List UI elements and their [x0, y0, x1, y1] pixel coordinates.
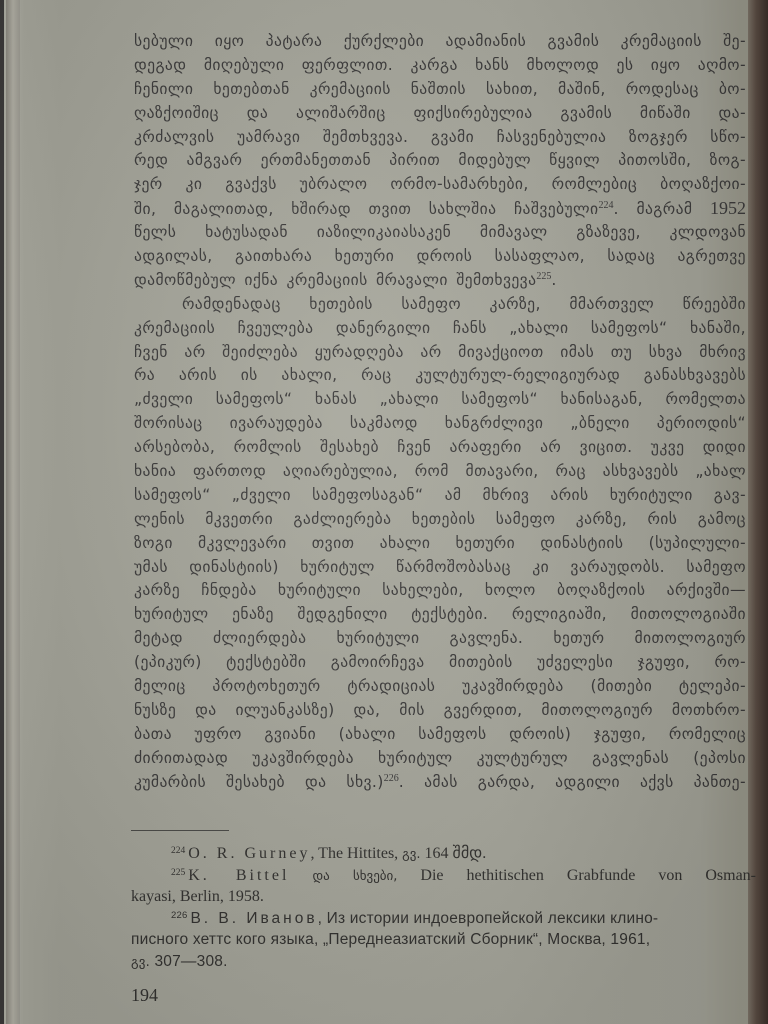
- text-line: მეტად ძლიერდება ხურიტული გავლენა. ხეთურ …: [134, 627, 746, 651]
- footnote-text: Die hethitischen Grabfunde von Osman-: [397, 867, 756, 884]
- text-line: კარზე ჩნდება ხურიტული სახელები, ხოლო ბოღ…: [134, 579, 746, 603]
- year: 1952: [710, 198, 746, 218]
- text-line: უმას დინასტიის) ხურიტულ წარმოშობასაც კი …: [134, 556, 746, 580]
- text-line: ჩვენ არ შეიძლება ყურადღება არ მივაქციოთ …: [134, 341, 746, 365]
- text-line: სამეფოს“ „ძველი სამეფოსაგან“ ამ მხრივ არ…: [134, 484, 746, 508]
- text-segment: ში, მაგალითად, ხშირად თვით სახლშია ჩაშვე…: [134, 200, 599, 218]
- footnote-number: 226: [171, 910, 187, 921]
- footnote-text: , The Hittites,: [310, 845, 402, 862]
- text-line: ბათა უფრო გვიანი (ახალი სამეფოს დროის) ჯ…: [134, 723, 746, 747]
- text-line: კუმარბის შესახებ და სხვ.)226. ამას გარდა…: [134, 771, 746, 795]
- footnote-author: В. В. Иванов: [190, 910, 317, 927]
- footnote-author: K. Bittel: [188, 867, 289, 884]
- page-number: 194: [131, 985, 158, 1006]
- text-line: ჩენილი ხეთებთან კრემაციის ნაშთის სახით, …: [134, 78, 746, 102]
- text-line: ჯერ კი გვაქვს უბრალო ორმო-სამარხები, რომ…: [134, 173, 746, 197]
- text-segment: კუმარბის შესახებ და სხვ.): [134, 773, 384, 791]
- text-line: დეგად მიღებული ფერფლით. კარგა ხანს მხოლო…: [134, 54, 746, 78]
- footnote-text: 164 შმდ.: [421, 845, 487, 862]
- text-line: კრემაციის ჩვეულება დანერგილი ჩანს „ახალი…: [134, 317, 746, 341]
- text-line: „ძველი სამეფოს“ ხანას „ახალი სამეფოს“ ხა…: [134, 388, 746, 412]
- footnote-224: 224O. R. Gurney, The Hittites, გვ. 164 შ…: [131, 843, 761, 865]
- book-page: სებული იყო პატარა ქურქლები ადამიანის გვა…: [0, 0, 768, 1024]
- footnote-number: 224: [171, 846, 185, 856]
- text-line: ზოგი მკვლევარი თვით ახალი ხეთური დინასტი…: [134, 532, 746, 556]
- text-line: დამოწმებულ იქნა კრემაციის მრავალი შემთხვ…: [134, 269, 746, 293]
- footnote-225: 225K. Bittel და სხვები, Die hethitischen…: [131, 865, 756, 887]
- footnotes: 224O. R. Gurney, The Hittites, გვ. 164 შ…: [131, 843, 761, 972]
- footnote-226-cont: გვ. 307—308.: [131, 951, 761, 973]
- text-line: არსებობა, რომლის შესახებ ჩვენ არაფერი არ…: [134, 436, 746, 460]
- text-line: ში, მაგალითად, ხშირად თვით სახლშია ჩაშვე…: [134, 197, 746, 221]
- text-line: რედ ამგვარ ერთმანეთთან პირით მიდებულ წყვ…: [134, 149, 746, 173]
- footnote-ref-225[interactable]: 225: [536, 271, 551, 282]
- text-line: ღაზქოიშიც და ალიშარშიც ფიქსირებულია გვამ…: [134, 102, 746, 126]
- text-line: (ეპიკურ) ტექსტებში გამოირჩევა მითების უძ…: [134, 651, 746, 675]
- text-line: რა არის ის ახალი, რაც კულტურულ-რელიგიურა…: [134, 364, 746, 388]
- footnote-text: , Из истории индоевропейской лексики кли…: [318, 910, 659, 927]
- body-text: სებული იყო პატარა ქურქლები ადამიანის გვა…: [134, 30, 746, 795]
- text-line: ადგილას, გაითხარა ხეთური დროის სასაფლაო,…: [134, 245, 746, 269]
- paragraph-start-line: რამდენადაც ხეთების სამეფო კარზე, მმართვე…: [134, 293, 746, 317]
- footnote-225-cont: kayasi, Berlin, 1958.: [131, 886, 761, 908]
- footnote-ref-224[interactable]: 224: [599, 200, 614, 211]
- text-line: მელიც პროტოხეთურ ტრადიციას უკავშირდება (…: [134, 675, 746, 699]
- footnote-abbr: და სხვები,: [289, 869, 397, 884]
- footnote-text: 307—308.: [150, 953, 228, 970]
- text-segment: . მაგრამ: [614, 200, 693, 218]
- footnote-number: 225: [171, 868, 185, 878]
- text-line: ხანია ფართოდ აღიარებულია, რომ მთავარი, რ…: [134, 460, 746, 484]
- text-line: წელს ხატუსადან იაზილიკაიასაკენ მიმავალ გ…: [134, 221, 746, 245]
- footnote-separator: [131, 830, 229, 831]
- footnote-author: O. R. Gurney: [188, 845, 310, 862]
- footnote-226-cont: писного хеттс кого языка, „Переднеазиатс…: [131, 929, 761, 951]
- footnote-ref-226[interactable]: 226: [384, 773, 399, 784]
- text-line: შორისაც ივარაუდება საკმაოდ ხანგრძლივი „ბ…: [134, 412, 746, 436]
- text-line: კრძალვის უამრავი შემთხვევა. გვამი ჩასვენ…: [134, 126, 746, 150]
- text-segment: .: [551, 271, 556, 289]
- text-line: ლენის მკვეთრი გაძლიერება ხეთების სამეფო …: [134, 508, 746, 532]
- text-segment: დამოწმებულ იქნა კრემაციის მრავალი შემთხვ…: [134, 271, 536, 289]
- text-line: ძირითადად უკავშირდება ხურიტულ კულტურულ გ…: [134, 747, 746, 771]
- text-line: სებული იყო პატარა ქურქლები ადამიანის გვა…: [134, 30, 746, 54]
- footnote-abbr: გვ.: [402, 847, 420, 862]
- text-line: ხურიტულ ენაზე შედგენილი ტექსტები. რელიგი…: [134, 603, 746, 627]
- page-fold: [6, 0, 20, 1024]
- footnote-abbr: გვ.: [131, 955, 150, 970]
- footnote-226: 226В. В. Иванов, Из истории индоевропейс…: [131, 908, 761, 930]
- text-line: ნუსზე და ილუანკასზე) და, მის გვერდით, მი…: [134, 699, 746, 723]
- book-binding-edge: [0, 0, 4, 1024]
- text-segment: . ამას გარდა, ადგილი აქვს პანთე-: [399, 773, 746, 791]
